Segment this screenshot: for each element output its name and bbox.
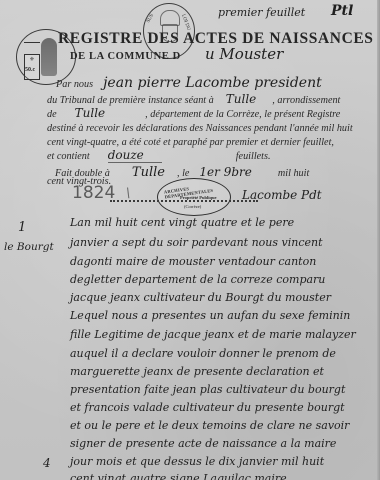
seal-text-right: LOI DU xyxy=(180,14,190,32)
act-line-9: marguerette jeanx de presente declaratio… xyxy=(70,365,324,378)
stamp-price: 50.c xyxy=(25,67,35,73)
act-line-2: janvier a sept du soir pardevant nous vi… xyxy=(70,236,323,249)
commune-name: u Mouster xyxy=(205,45,283,63)
act-line-5: jacque jeanx cultivateur du Bourgt du mo… xyxy=(70,291,331,304)
act-line-4: degletter departement de la correze comp… xyxy=(70,273,325,286)
folio-note: premier feuillet xyxy=(218,6,305,19)
document-page: premier feuillet Ptl ⚜ 50.c SUS LOI DU R… xyxy=(0,0,380,480)
act-line-1: Lan mil huit cent vingt quatre et le per… xyxy=(70,216,294,229)
act-line-3: dagonti maire de mouster ventadour canto… xyxy=(70,255,316,268)
act-line-12: et ou le pere et le deux temoins de clar… xyxy=(70,419,349,432)
preamble-line-6: et contient douze feuillets. xyxy=(47,146,271,164)
page-number: 4 xyxy=(43,456,51,470)
year-mark-stroke: \ xyxy=(126,186,130,201)
year-heading: 1824 xyxy=(72,183,115,203)
act-line-14: jour mois et que dessus le dix janvier m… xyxy=(70,455,324,468)
margin-name: le Bourgt xyxy=(4,241,54,253)
act-line-10: presentation faite jean plas cultivateur… xyxy=(70,383,345,396)
act-line-6: Lequel nous a presentes un aufan du sexe… xyxy=(70,309,350,322)
act-line-7: fille Legitime de jacque jeanx et de mar… xyxy=(70,328,356,341)
act-line-13: signer de presente acte de naissance a l… xyxy=(70,437,336,450)
register-subtitle: DE LA COMMUNE D xyxy=(70,51,181,62)
paraph-initials: Ptl xyxy=(331,3,353,19)
act-line-11: et francois valade cultivateur du presen… xyxy=(70,401,345,414)
justice-figure-icon xyxy=(41,38,57,76)
page-count: douze xyxy=(108,148,162,163)
entry-number: 1 xyxy=(18,220,26,235)
act-line-8: auquel il a declare vouloir donner le pr… xyxy=(70,347,336,360)
separator-line xyxy=(110,200,258,202)
act-line-15: cent vingt quatre signe Laguilac maire xyxy=(70,472,287,480)
president-name: jean pierre Lacombe president xyxy=(103,75,322,91)
seal-text-left: SUS xyxy=(146,13,155,23)
archives-stamp: ARCHIVES DÉPARTEMENTALES Propriété Publi… xyxy=(157,178,231,216)
